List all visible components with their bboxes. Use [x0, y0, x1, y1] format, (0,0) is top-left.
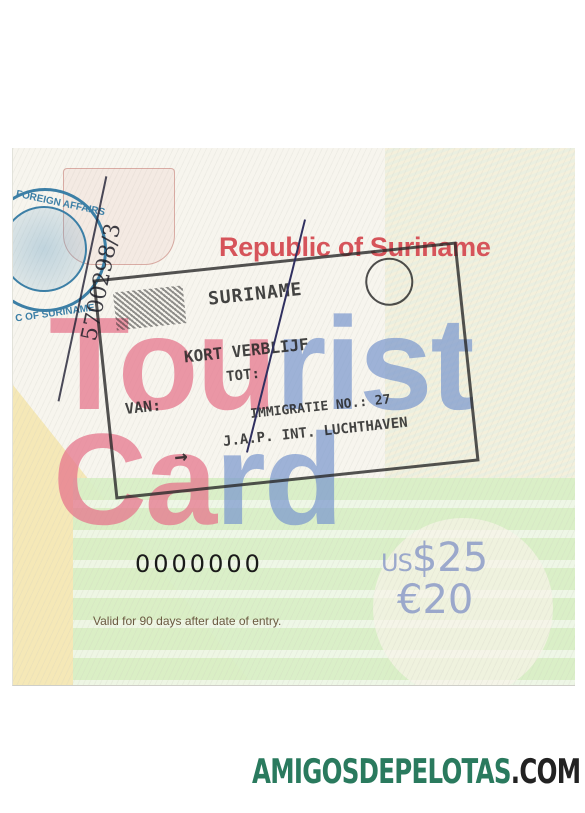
price-block: US$25 €20	[381, 538, 488, 620]
watermark-tld: .COM	[511, 752, 581, 792]
serial-number: 0000000	[135, 550, 263, 578]
entry-stamp: SURINAME KORT VERBLIJF TOT: VAN: IMMIGRA…	[92, 241, 479, 499]
stamp-until-label: TOT:	[226, 366, 261, 385]
price-eur: €20	[397, 580, 488, 620]
stamp-picture-icon	[113, 285, 187, 330]
validity-text: Valid for 90 days after date of entry.	[93, 614, 281, 628]
price-usd-prefix: US	[381, 549, 412, 577]
watermark-brand: AMIGOSDEPELOTAS	[252, 752, 511, 792]
site-watermark: AMIGOSDEPELOTAS.COM	[252, 752, 580, 792]
price-usd: $25	[412, 535, 488, 581]
arrow-icon: →	[173, 444, 189, 470]
stamp-stay-type: KORT VERBLIJF	[183, 335, 310, 367]
tourist-card: FOREIGN AFFAIRS C OF SURINAME Republic o…	[12, 148, 575, 686]
compass-icon	[363, 255, 416, 308]
stamp-from-label: VAN:	[124, 396, 162, 418]
